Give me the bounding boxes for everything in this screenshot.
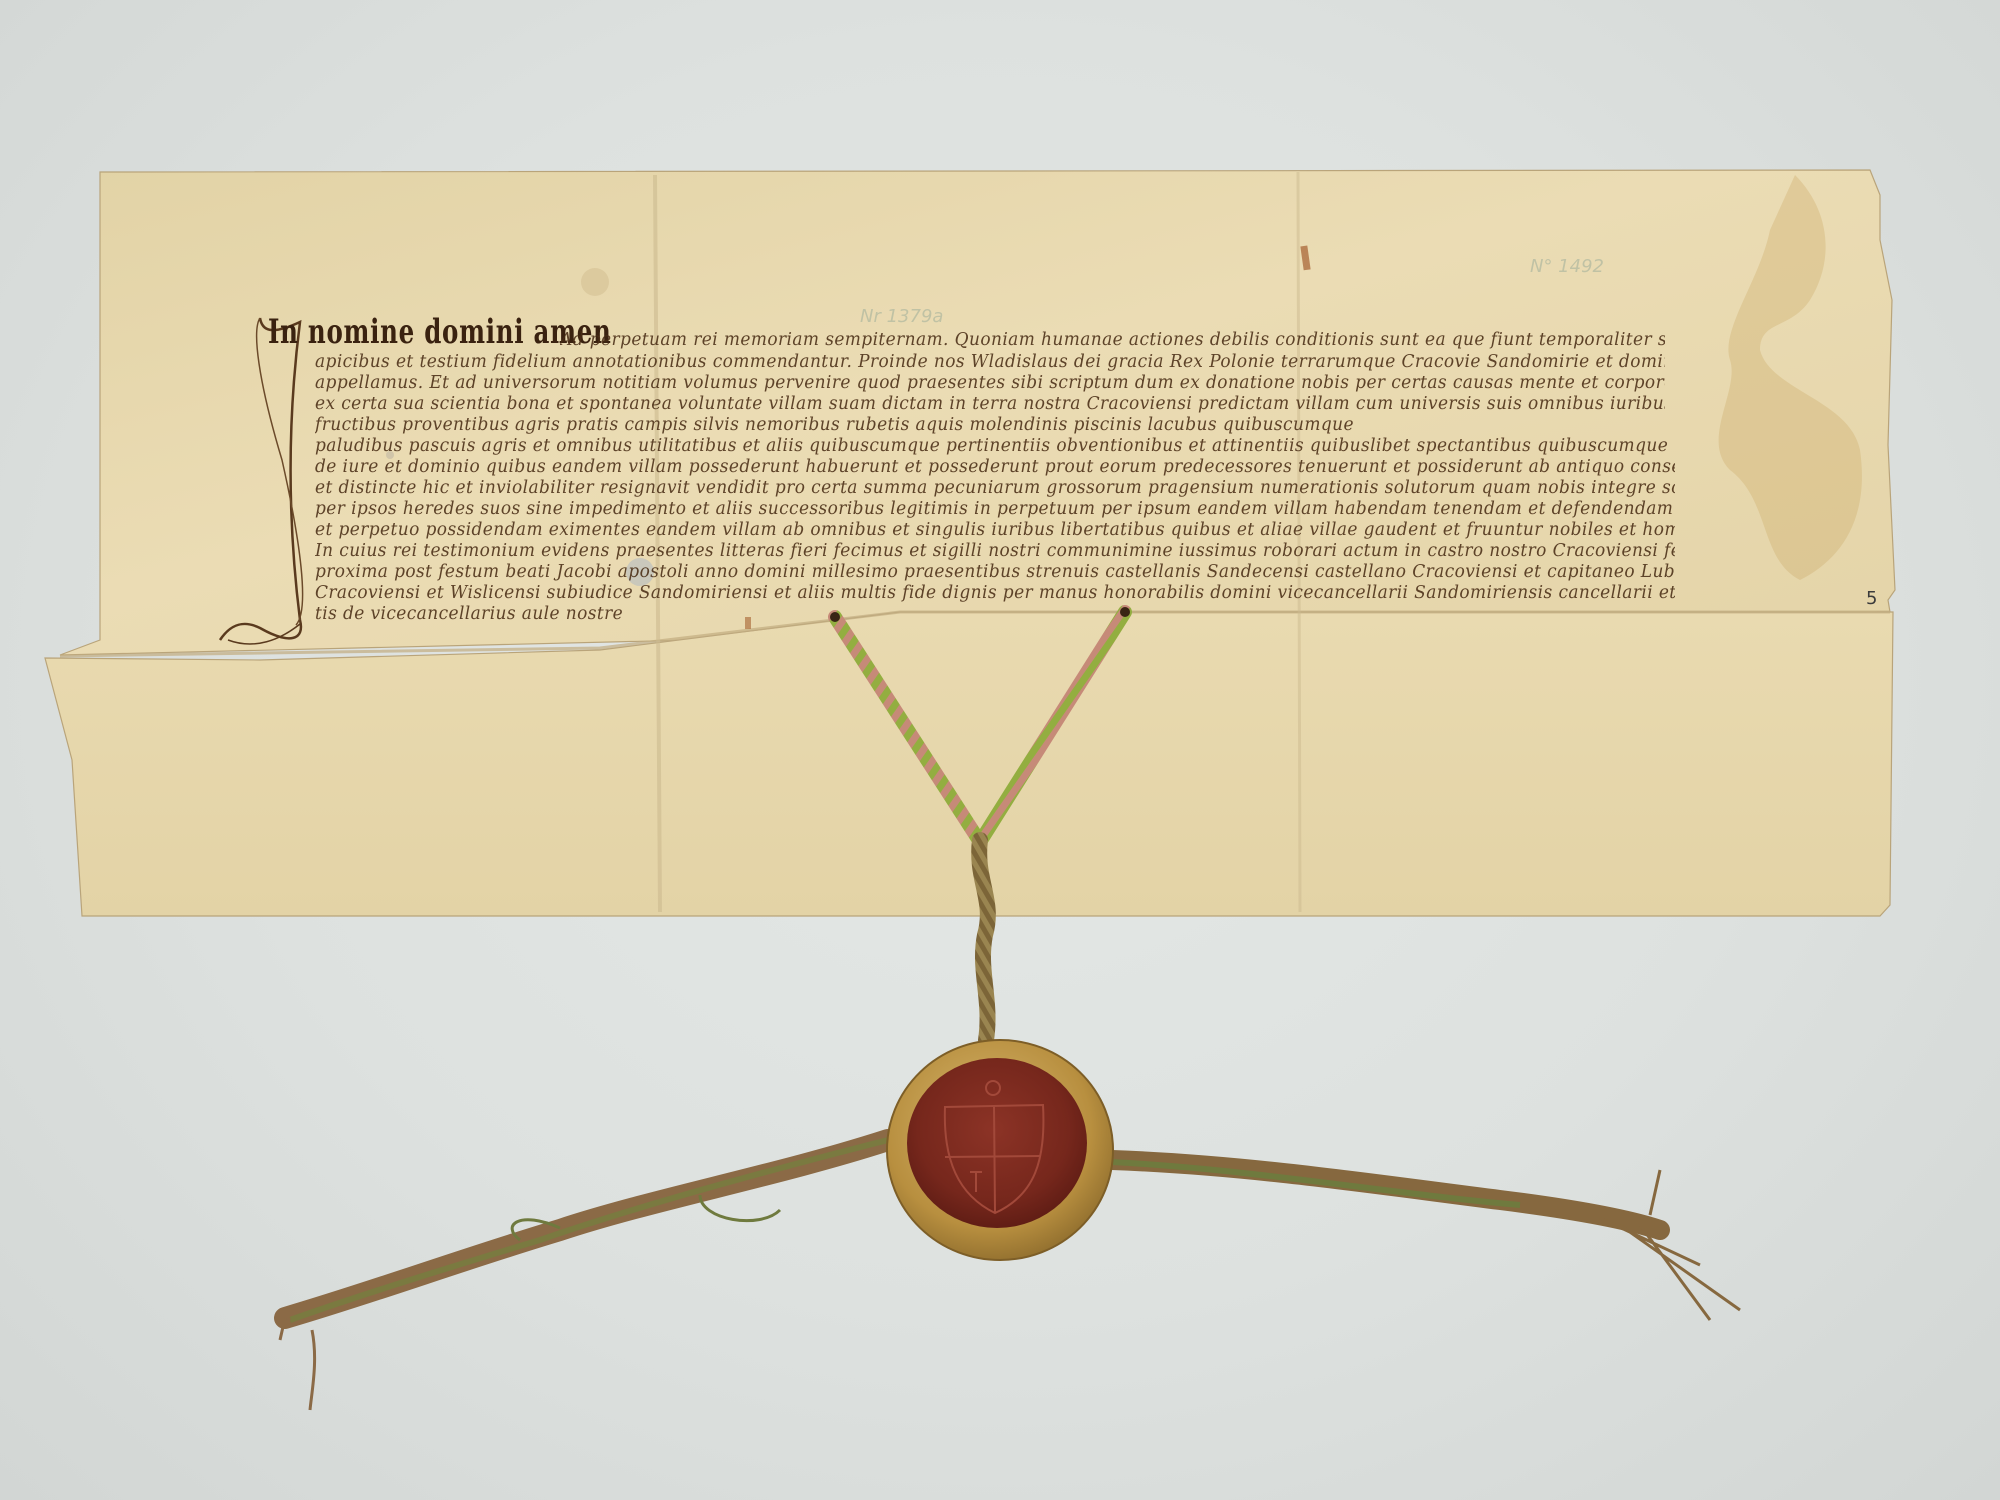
pencil-annotation: Nr 1379a <box>860 306 943 327</box>
text-line: paludibus pascuis agris et omnibus utili… <box>315 436 1675 457</box>
text-line: In cuius rei testimonium evidens praesen… <box>315 541 1675 562</box>
charter-artwork <box>0 0 2000 1500</box>
text-line: ex certa sua scientia bona et spontanea … <box>315 394 1665 415</box>
folio-number: 5 <box>1866 588 1877 609</box>
parchment-fold <box>45 612 1893 916</box>
text-line: et distincte hic et inviolabiliter resig… <box>315 478 1675 499</box>
text-line: appellamus. Et ad universorum notitiam v… <box>315 373 1665 394</box>
text-line: de iure et dominio quibus eandem villam … <box>315 457 1675 478</box>
text-line: Ad perpetuam rei memoriam sempiternam. Q… <box>560 330 1665 351</box>
text-line: Cracoviensi et Wislicensi subiudice Sand… <box>315 583 1675 604</box>
text-line: apicibus et testium fidelium annotationi… <box>315 352 1665 373</box>
wax-seal <box>887 1040 1113 1260</box>
tassel-right <box>1112 1160 1740 1320</box>
text-line: per ipsos heredes suos sine impedimento … <box>315 499 1675 520</box>
pencil-annotation: N° 1492 <box>1530 256 1604 277</box>
text-line: proxima post festum beati Jacobi apostol… <box>315 562 1675 583</box>
text-line: tis de vicecancellarius aule nostre <box>315 604 645 625</box>
text-line: et perpetuo possidendam eximentes eandem… <box>315 520 1675 541</box>
tassel-left <box>280 1140 888 1410</box>
photo-stage: In nomine domini amen Ad perpetuam rei m… <box>0 0 2000 1500</box>
cord-twist <box>979 840 988 1040</box>
text-line: fructibus proventibus agris pratis campi… <box>315 415 1665 436</box>
